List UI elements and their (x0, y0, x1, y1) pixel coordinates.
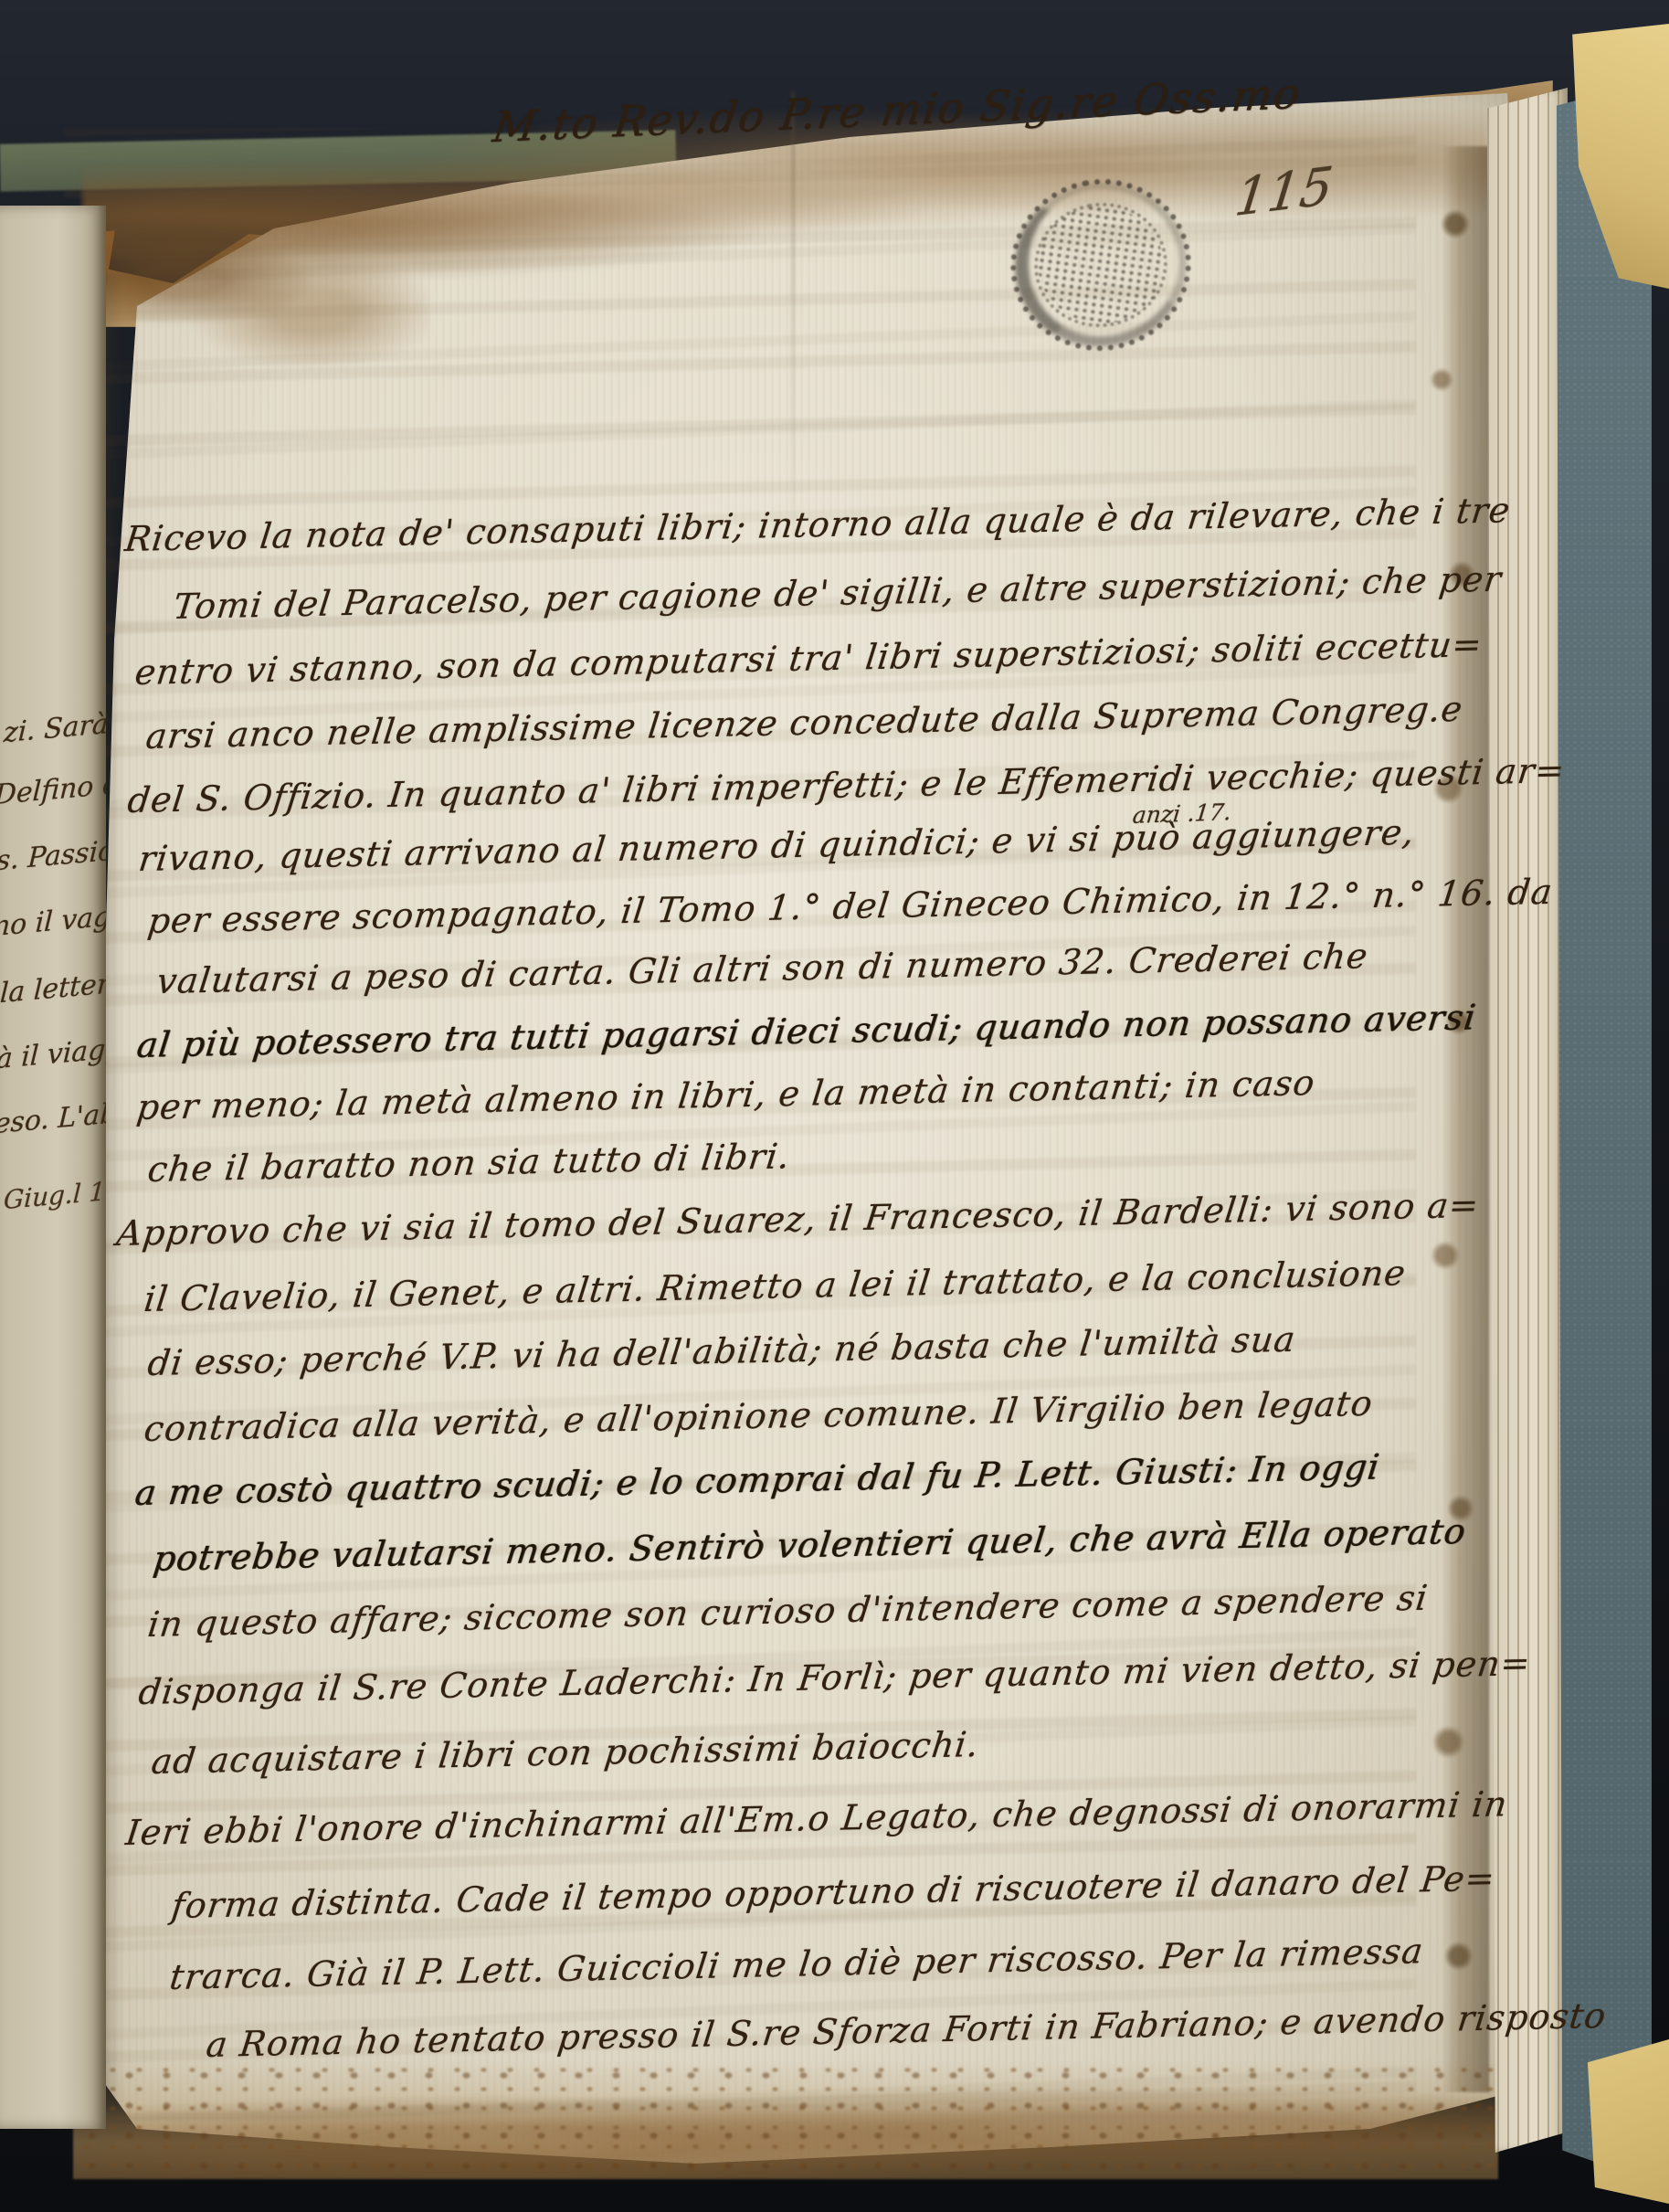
marginal-fragment: Delfino è altri li (0, 760, 106, 811)
book-cover-teal (1557, 80, 1652, 2182)
marginal-fragment: zi. Sarà anda (3, 702, 106, 750)
left-corner-stains (100, 210, 429, 365)
marginal-fragment: à il viaggim (0, 1029, 106, 1075)
underlying-page-edge: zi. Sarà anda Delfino è altri li s. Pass… (0, 206, 106, 2129)
manuscript-photo: zi. Sarà anda Delfino è altri li s. Pass… (0, 0, 1669, 2212)
marginal-fragment: s. Passionei gl (0, 828, 106, 877)
marginal-fragment: eso. L'abbracc (0, 1091, 106, 1140)
page-block-edge (1487, 88, 1568, 2153)
marginal-date: Giug.l 1724. (3, 1171, 106, 1215)
paper-crease (791, 91, 795, 566)
vellum-corner-bottom (1579, 2039, 1669, 2204)
folio-number: 115 (1231, 156, 1336, 229)
bottom-edge-stains (73, 2060, 1498, 2179)
marginal-fragment: la lettera di (0, 963, 106, 1010)
round-ink-stamp (997, 164, 1205, 365)
marginal-fragment: no il vagheggi (0, 894, 106, 943)
